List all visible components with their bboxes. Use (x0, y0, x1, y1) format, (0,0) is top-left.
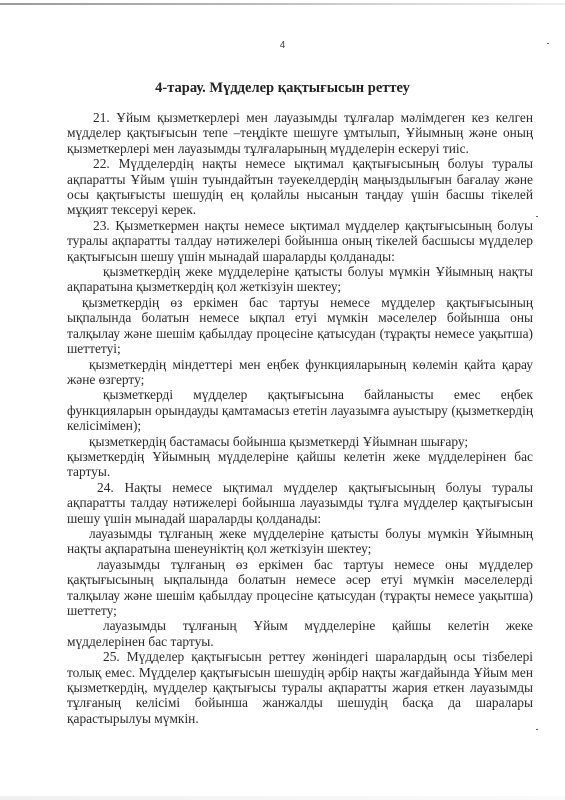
scan-speck (547, 43, 549, 44)
paragraph-22: 22. Мүдделердің нақты немесе ықтимал қақ… (67, 156, 533, 218)
paragraph-23: 23. Қызметкермен нақты немесе ықтимал мү… (67, 218, 533, 264)
paragraph-24: 24. Нақты немесе ықтимал мүдделер қақтығ… (67, 480, 533, 526)
paragraph-25: 25. Мүдделер қақтығысын реттеу жөніндегі… (67, 649, 533, 726)
list-item-23-1: қызметкердің жеке мүдделеріне қатысты бо… (67, 264, 533, 295)
scan-edge-shadow (0, 3, 565, 5)
scan-speck (536, 729, 538, 730)
list-item-23-3: қызметкердің міндеттері мен еңбек функци… (67, 357, 533, 388)
list-item-24-2: лауазымды тұлғаның өз еркімен бас тартуы… (67, 557, 533, 619)
document-body: 21. Ұйым қызметкерлері мен лауазымды тұл… (67, 110, 533, 726)
page-number: 4 (0, 40, 565, 51)
scan-speck (536, 216, 538, 217)
chapter-title: 4-тарау. Мүдделер қақтығысын реттеу (0, 80, 565, 97)
list-item-23-5: қызметкердің бастамасы бойынша қызметкер… (67, 434, 533, 449)
list-item-24-1: лауазымды тұлғаның жеке мүдделеріне қаты… (67, 526, 533, 557)
list-item-24-3: лауазымды тұлғаның Ұйым мүдделеріне қайш… (67, 618, 533, 649)
list-item-23-6: қызметкердің Ұйымның мүдделеріне қайшы к… (67, 449, 533, 480)
paragraph-21: 21. Ұйым қызметкерлері мен лауазымды тұл… (67, 110, 533, 156)
scan-edge-bottom (0, 796, 565, 800)
list-item-23-2: қызметкердің өз еркімен бас тартуы немес… (67, 295, 533, 357)
list-item-23-4: қызметкерді мүдделер қақтығысына байланы… (67, 387, 533, 433)
